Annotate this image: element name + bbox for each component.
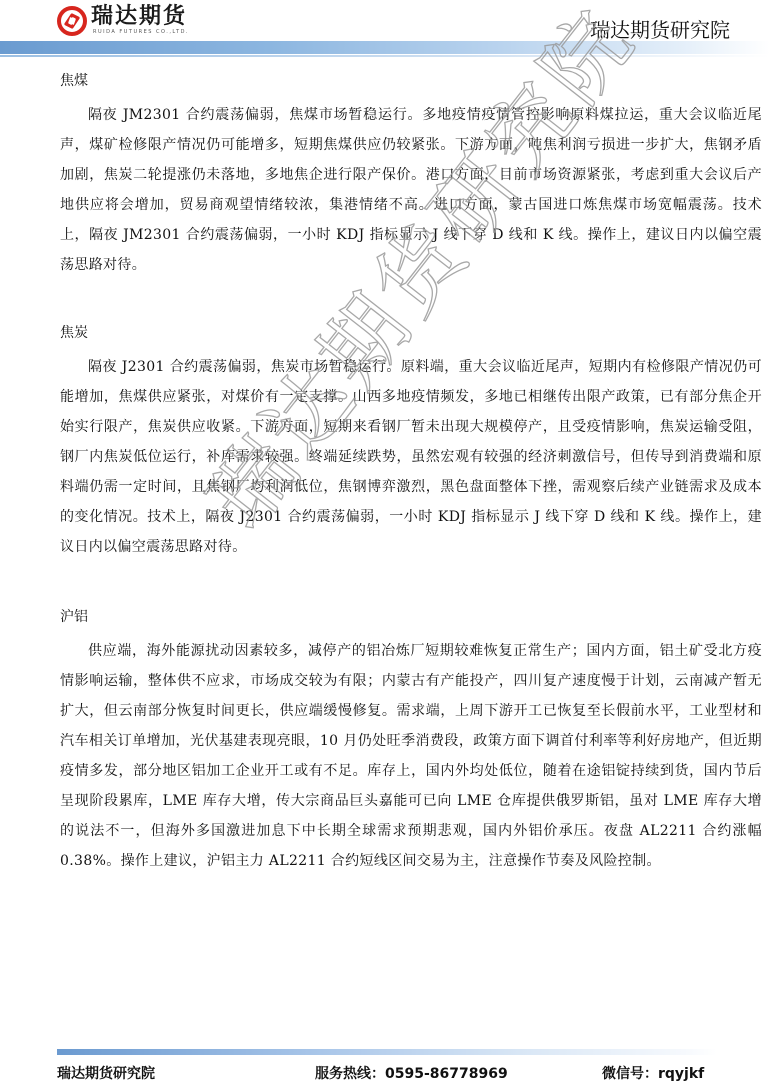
footer-wechat: 微信号：rqyjkf [602, 1063, 704, 1085]
company-logo: 瑞达期货 RUIDA FUTURES CO.,LTD. [57, 4, 189, 40]
page-footer: 瑞达期货研究院 服务热线：0595-86778969 微信号：rqyjkf [57, 1063, 717, 1085]
logo-chinese-name: 瑞达期货 [91, 4, 189, 29]
section-coke: 焦炭 隔夜 J2301 合约震荡偏弱，焦炭市场暂稳运行。原料端，重大会议临近尾声… [60, 318, 762, 562]
section-body: 隔夜 J2301 合约震荡偏弱，焦炭市场暂稳运行。原料端，重大会议临近尾声，短期… [60, 352, 762, 562]
report-content: 焦煤 隔夜 JM2301 合约震荡偏弱，焦煤市场暂稳运行。多地疫情疫情管控影响原… [60, 66, 762, 916]
footer-gradient-bar [57, 1049, 717, 1055]
footer-org-name: 瑞达期货研究院 [57, 1063, 155, 1085]
header-divider-line [0, 55, 770, 57]
header-gradient-bar [0, 41, 770, 54]
section-body: 供应端，海外能源扰动因素较多，减停产的铝冶炼厂短期较难恢复正常生产；国内方面，铝… [60, 636, 762, 876]
footer-hotline: 服务热线：0595-86778969 [315, 1063, 508, 1085]
section-shanghai-aluminum: 沪铝 供应端，海外能源扰动因素较多，减停产的铝冶炼厂短期较难恢复正常生产；国内方… [60, 602, 762, 876]
ruida-logo-icon [57, 6, 87, 36]
page-header: 瑞达期货 RUIDA FUTURES CO.,LTD. 瑞达期货研究院 [0, 0, 770, 60]
section-title: 焦炭 [60, 318, 762, 348]
header-institute-title: 瑞达期货研究院 [590, 17, 730, 43]
section-body: 隔夜 JM2301 合约震荡偏弱，焦煤市场暂稳运行。多地疫情疫情管控影响原料煤拉… [60, 100, 762, 280]
section-coking-coal: 焦煤 隔夜 JM2301 合约震荡偏弱，焦煤市场暂稳运行。多地疫情疫情管控影响原… [60, 66, 762, 280]
section-title: 沪铝 [60, 602, 762, 632]
logo-english-name: RUIDA FUTURES CO.,LTD. [93, 29, 189, 36]
section-title: 焦煤 [60, 66, 762, 96]
